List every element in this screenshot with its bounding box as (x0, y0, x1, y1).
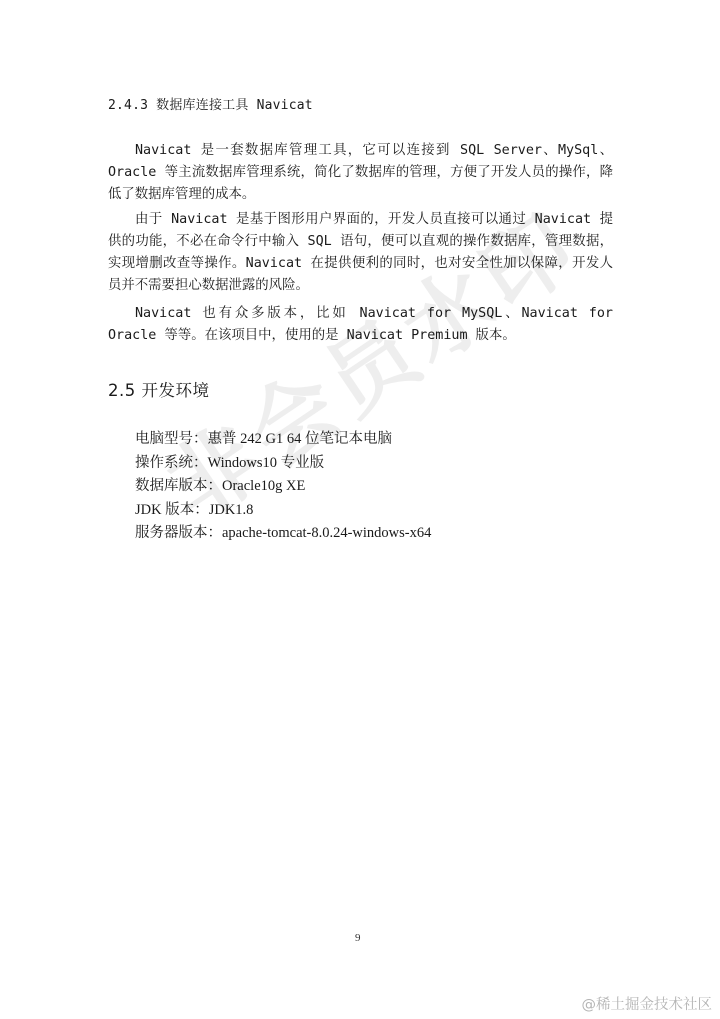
env-item-computer-model: 电脑型号：惠普 242 G1 64 位笔记本电脑 (135, 428, 431, 452)
paragraph-navicat-versions: Navicat 也有众多版本，比如 Navicat for MySQL、Navi… (108, 303, 613, 347)
site-watermark: @稀土掘金技术社区 (582, 993, 713, 1014)
env-item-database-version: 数据库版本：Oracle10g XE (135, 475, 431, 499)
env-item-jdk-version: JDK 版本：JDK1.8 (135, 499, 431, 523)
env-item-operating-system: 操作系统：Windows10 专业版 (135, 452, 431, 476)
paragraph-navicat-intro: Navicat 是一套数据库管理工具，它可以连接到 SQL Server、MyS… (108, 140, 613, 206)
environment-list: 电脑型号：惠普 242 G1 64 位笔记本电脑 操作系统：Windows10 … (135, 428, 431, 546)
section-heading: 2.5 开发环境 (108, 377, 210, 401)
page-number: 9 (355, 932, 361, 944)
paragraph-navicat-gui: 由于 Navicat 是基于图形用户界面的，开发人员直接可以通过 Navicat… (108, 209, 613, 297)
env-item-server-version: 服务器版本：apache-tomcat-8.0.24-windows-x64 (135, 522, 431, 546)
document-page: 2.4.3 数据库连接工具 Navicat Navicat 是一套数据库管理工具… (0, 0, 720, 1019)
subsection-heading: 2.4.3 数据库连接工具 Navicat (108, 94, 313, 113)
